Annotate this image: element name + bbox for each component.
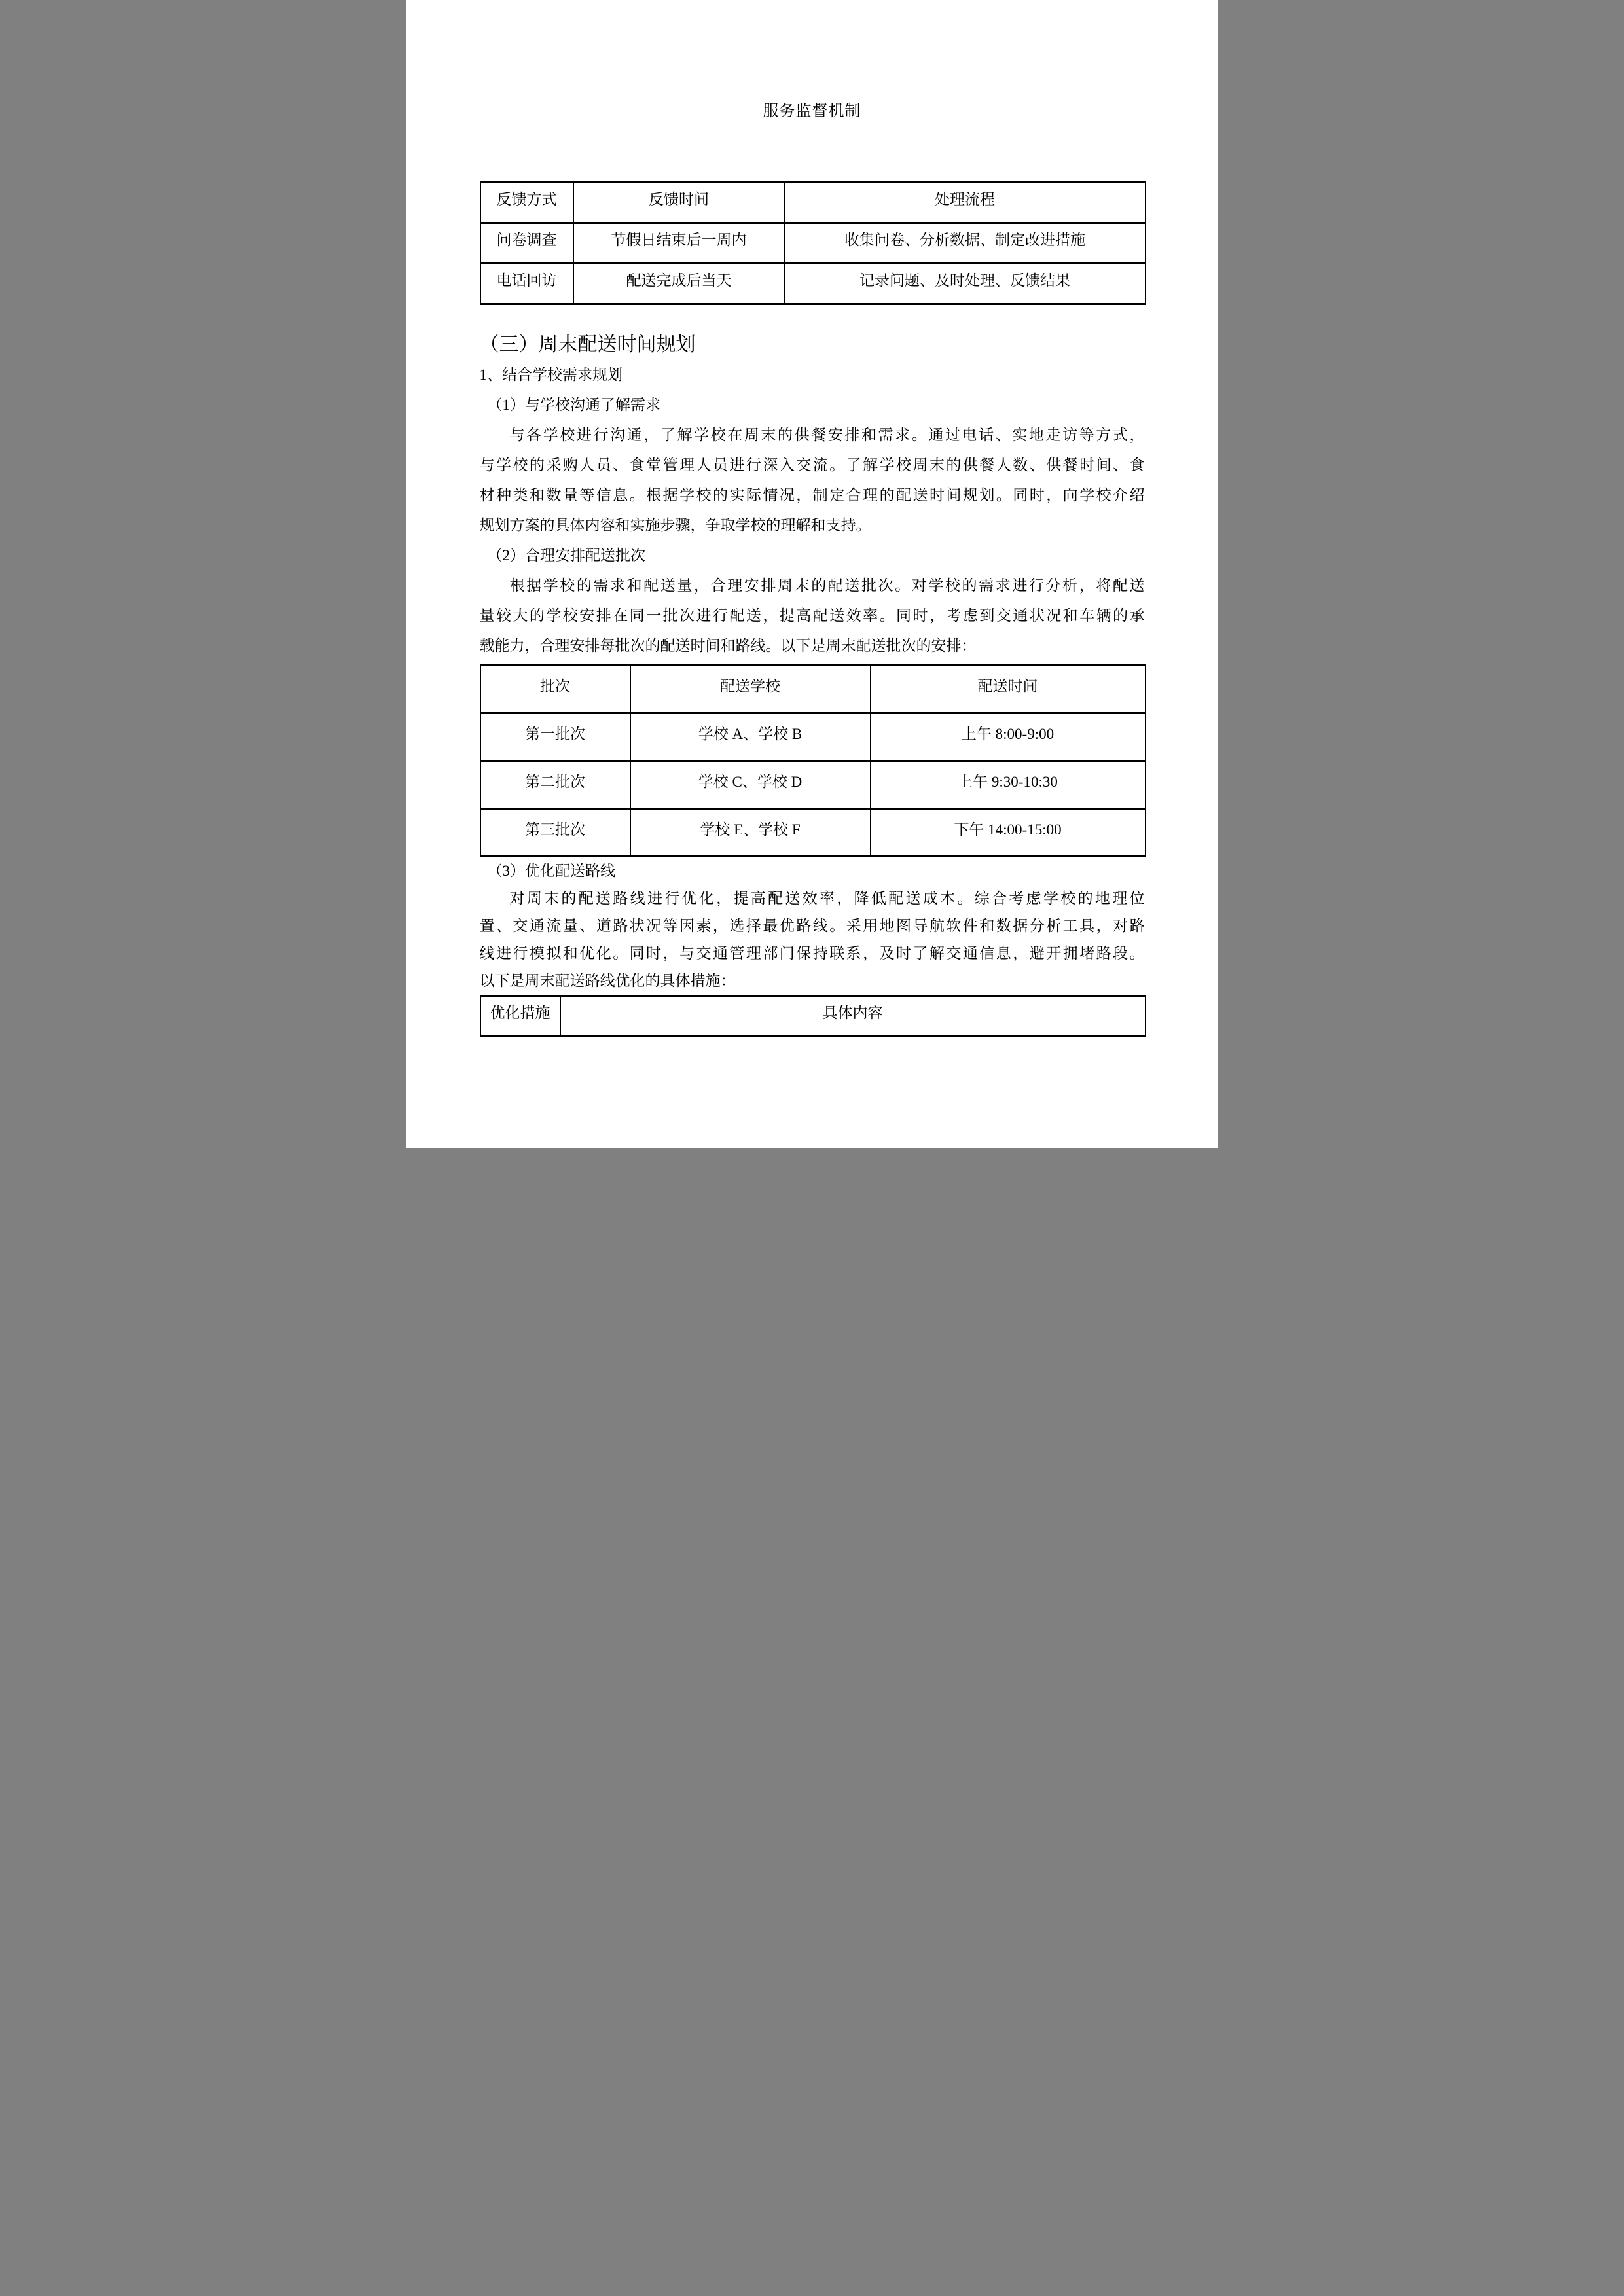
table-cell: 记录问题、及时处理、反馈结果: [785, 264, 1146, 304]
paragraph-line: 与学校的采购人员、食堂管理人员进行深入交流。了解学校周末的供餐人数、供餐时间、食: [480, 450, 1145, 480]
table-cell: 批次: [480, 666, 630, 713]
table-header-row: 批次配送学校配送时间: [480, 666, 1146, 713]
item-heading-1: （1）与学校沟通了解需求: [480, 390, 1145, 420]
paragraph-line: 线进行模拟和优化。同时，与交通管理部门保持联系，及时了解交通信息，避开拥堵路段。: [480, 940, 1145, 967]
table-cell: 上午 8:00-9:00: [871, 713, 1146, 761]
paragraph-1: 与各学校进行沟通，了解学校在周末的供餐安排和需求。通过电话、实地走访等方式，与学…: [480, 420, 1145, 541]
table-cell: 处理流程: [785, 183, 1146, 223]
table-cell: 问卷调查: [480, 223, 573, 264]
table-cell: 学校 E、学校 F: [630, 809, 871, 857]
table-cell: 具体内容: [560, 996, 1146, 1037]
table-cell: 反馈方式: [480, 183, 573, 223]
measures-table-body: 优化措施具体内容: [480, 996, 1146, 1037]
table-cell: 第三批次: [480, 809, 630, 857]
feedback-table: 反馈方式反馈时间处理流程问卷调查节假日结束后一周内收集问卷、分析数据、制定改进措…: [480, 181, 1146, 305]
paragraph-3: 对周末的配送路线进行优化，提高配送效率，降低配送成本。综合考虑学校的地理位置、交…: [480, 885, 1145, 995]
measures-table: 优化措施具体内容: [480, 995, 1146, 1037]
table-cell: 配送完成后当天: [573, 264, 785, 304]
document-title: 服务监督机制: [406, 0, 1218, 121]
paragraph-2: 根据学校的需求和配送量，合理安排周末的配送批次。对学校的需求进行分析，将配送量较…: [480, 571, 1145, 661]
paragraph-line: 与各学校进行沟通，了解学校在周末的供餐安排和需求。通过电话、实地走访等方式，: [480, 420, 1145, 450]
table-cell: 学校 C、学校 D: [630, 761, 871, 809]
table-row: 第三批次学校 E、学校 F下午 14:00-15:00: [480, 809, 1146, 857]
table-cell: 第一批次: [480, 713, 630, 761]
paragraph-line: 量较大的学校安排在同一批次进行配送，提高配送效率。同时，考虑到交通状况和车辆的承: [480, 601, 1145, 631]
paragraph-line: 根据学校的需求和配送量，合理安排周末的配送批次。对学校的需求进行分析，将配送: [480, 571, 1145, 601]
table-row: 问卷调查节假日结束后一周内收集问卷、分析数据、制定改进措施: [480, 223, 1146, 264]
paragraph-line: 对周末的配送路线进行优化，提高配送效率，降低配送成本。综合考虑学校的地理位: [480, 885, 1145, 912]
batch-table: 批次配送学校配送时间第一批次学校 A、学校 B上午 8:00-9:00第二批次学…: [480, 664, 1146, 857]
table-header-row: 反馈方式反馈时间处理流程: [480, 183, 1146, 223]
section-3-item-3: （3）优化配送路线 对周末的配送路线进行优化，提高配送效率，降低配送成本。综合考…: [480, 857, 1145, 995]
table-header-row: 优化措施具体内容: [480, 996, 1146, 1037]
document-page: 服务监督机制 反馈方式反馈时间处理流程问卷调查节假日结束后一周内收集问卷、分析数…: [406, 0, 1218, 1148]
table-cell: 下午 14:00-15:00: [871, 809, 1146, 857]
table-cell: 学校 A、学校 B: [630, 713, 871, 761]
section-3-block: （三）周末配送时间规划 1、结合学校需求规划 （1）与学校沟通了解需求 与各学校…: [480, 330, 1145, 661]
item-heading-3: （3）优化配送路线: [480, 857, 1145, 885]
table-cell: 反馈时间: [573, 183, 785, 223]
table-row: 第一批次学校 A、学校 B上午 8:00-9:00: [480, 713, 1146, 761]
batch-table-body: 批次配送学校配送时间第一批次学校 A、学校 B上午 8:00-9:00第二批次学…: [480, 666, 1146, 857]
table-cell: 优化措施: [480, 996, 560, 1037]
feedback-table-body: 反馈方式反馈时间处理流程问卷调查节假日结束后一周内收集问卷、分析数据、制定改进措…: [480, 183, 1146, 304]
table-cell: 第二批次: [480, 761, 630, 809]
item-heading-2: （2）合理安排配送批次: [480, 541, 1145, 571]
table-cell: 节假日结束后一周内: [573, 223, 785, 264]
table-cell: 上午 9:30-10:30: [871, 761, 1146, 809]
paragraph-line: 材种类和数量等信息。根据学校的实际情况，制定合理的配送时间规划。同时，向学校介绍: [480, 480, 1145, 511]
table-cell: 电话回访: [480, 264, 573, 304]
document-content: 反馈方式反馈时间处理流程问卷调查节假日结束后一周内收集问卷、分析数据、制定改进措…: [480, 181, 1145, 1037]
section-heading: （三）周末配送时间规划: [480, 330, 1145, 360]
table-cell: 配送时间: [871, 666, 1146, 713]
sub-heading-1: 1、结合学校需求规划: [480, 360, 1145, 390]
table-row: 第二批次学校 C、学校 D上午 9:30-10:30: [480, 761, 1146, 809]
table-row: 电话回访配送完成后当天记录问题、及时处理、反馈结果: [480, 264, 1146, 304]
paragraph-line: 规划方案的具体内容和实施步骤，争取学校的理解和支持。: [480, 511, 1145, 541]
table-cell: 配送学校: [630, 666, 871, 713]
paragraph-line: 以下是周末配送路线优化的具体措施：: [480, 967, 1145, 995]
paragraph-line: 置、交通流量、道路状况等因素，选择最优路线。采用地图导航软件和数据分析工具，对路: [480, 912, 1145, 940]
paragraph-line: 载能力，合理安排每批次的配送时间和路线。以下是周末配送批次的安排：: [480, 631, 1145, 661]
table-cell: 收集问卷、分析数据、制定改进措施: [785, 223, 1146, 264]
